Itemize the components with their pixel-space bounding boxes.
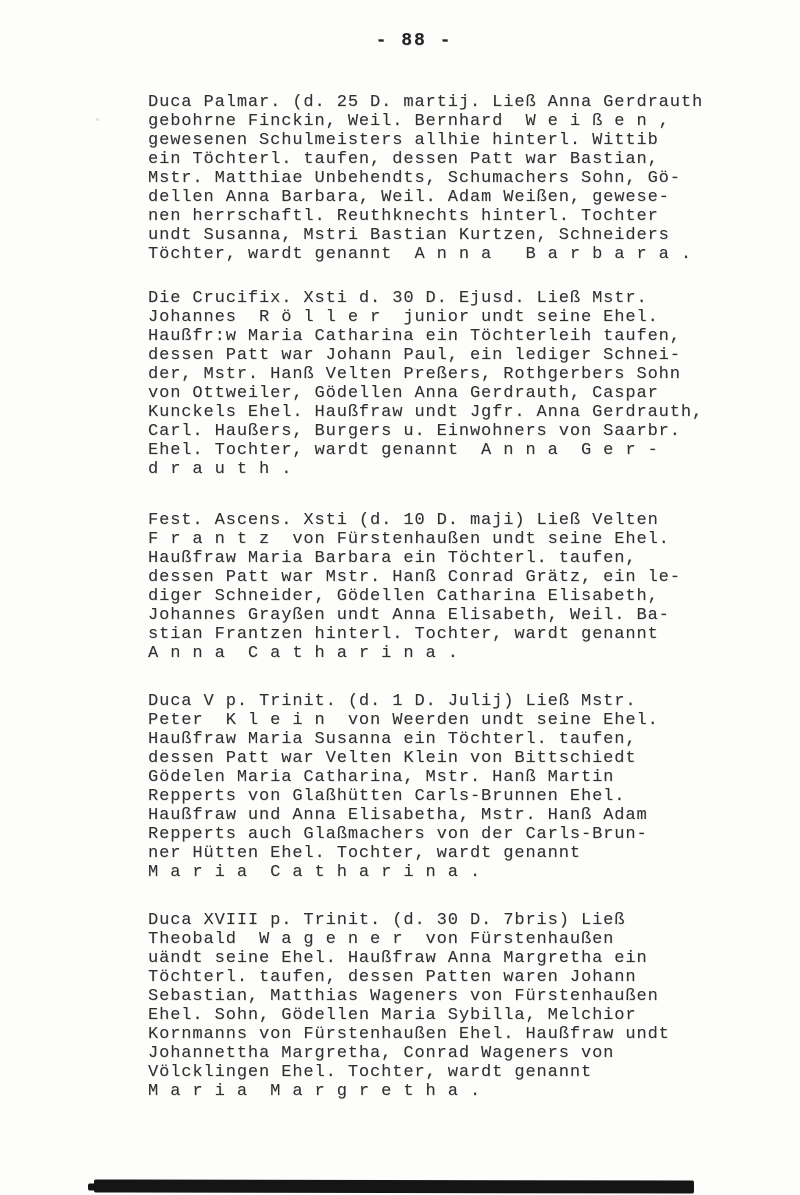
baptism-entry-paragraph: Die Crucifix. Xsti d. 30 D. Ejusd. Ließ … [148, 289, 748, 479]
baptism-entry-paragraph: Fest. Ascens. Xsti (d. 10 D. maji) Ließ … [148, 511, 748, 663]
scan-speckle [585, 760, 588, 762]
baptism-entry-paragraph: Duca Palmar. (d. 25 D. martij. Ließ Anna… [148, 93, 748, 264]
scan-speckle [262, 1046, 264, 1048]
page-number: - 88 - [0, 31, 800, 51]
scanned-document-page: - 88 - Duca Palmar. (d. 25 D. martij. Li… [0, 0, 800, 1195]
scan-speckle [414, 368, 416, 370]
baptism-entry-paragraph: Duca V p. Trinit. (d. 1 D. Julij) Ließ M… [148, 692, 748, 882]
baptism-entry-paragraph: Duca XVIII p. Trinit. (d. 30 D. 7bris) L… [148, 911, 748, 1101]
scan-speckle [96, 118, 99, 121]
scan-edge-artifact-bar [94, 1179, 694, 1193]
